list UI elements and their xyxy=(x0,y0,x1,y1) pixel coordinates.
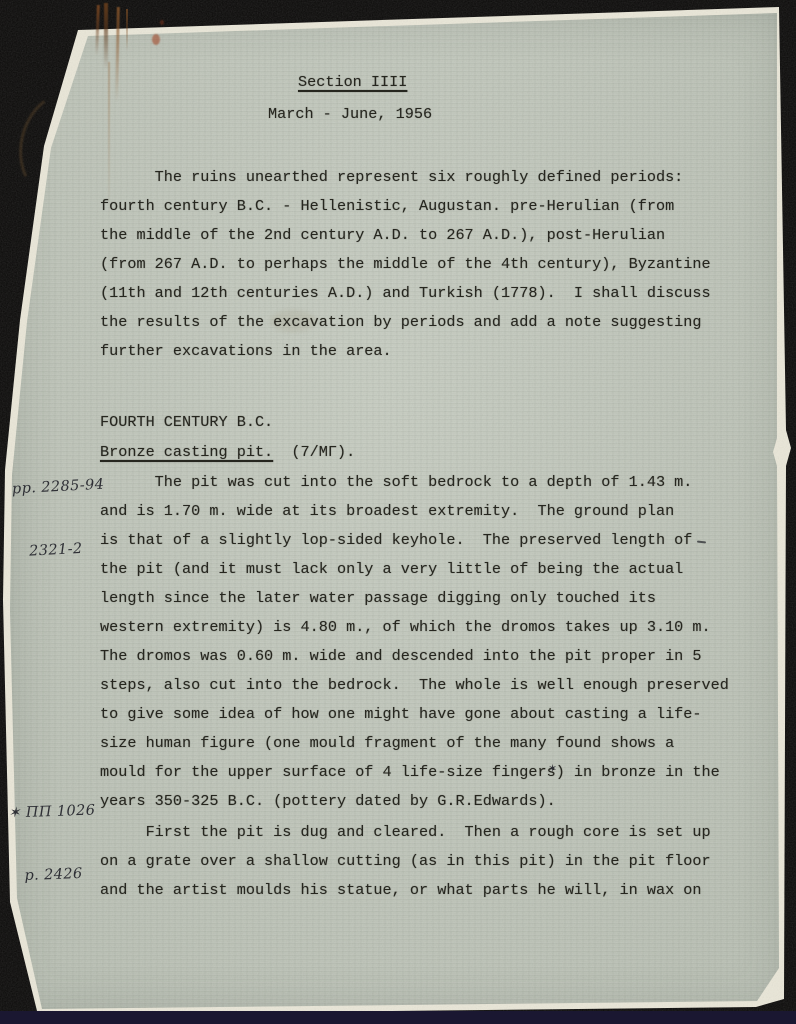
text-line: the results of the excavation by periods… xyxy=(100,308,711,337)
text-line: The dromos was 0.60 m. wide and descende… xyxy=(100,642,729,671)
text-line: is that of a slightly lop-sided keyhole.… xyxy=(100,526,729,555)
text-line: western extremity) is 4.80 m., of which … xyxy=(100,613,729,642)
margin-note-pages-line1: pp. 2285-94 xyxy=(11,475,104,501)
scanned-document-screenshot: { "colors": { "background": "#0a0908", "… xyxy=(0,0,796,1024)
section-title: Section IIII xyxy=(298,68,407,97)
text-line: (11th and 12th centuries A.D.) and Turki… xyxy=(100,279,711,308)
text-line: the pit (and it must lack only a very li… xyxy=(100,555,729,584)
inline-star-mark: ✶ xyxy=(548,762,557,775)
pit-subheading-suffix: (7/ΜΓ). xyxy=(273,443,355,461)
text-line: mould for the upper surface of 4 life-si… xyxy=(100,758,729,787)
margin-note-catalog-line1: ✶ ΠΠ 1026 xyxy=(8,800,96,824)
text-line: fourth century B.C. - Hellenistic, Augus… xyxy=(100,192,711,221)
text-line: The pit was cut into the soft bedrock to… xyxy=(100,468,729,497)
margin-note-pages-line2: 2321-2 xyxy=(15,538,108,564)
pit-paragraph: The pit was cut into the soft bedrock to… xyxy=(100,468,729,816)
margin-note-catalog-line2: p. 2426 xyxy=(10,863,98,887)
casting-paragraph: First the pit is dug and cleared. Then a… xyxy=(100,818,711,905)
scanner-bed-strip xyxy=(0,1011,796,1024)
text-line: The ruins unearthed represent six roughl… xyxy=(100,163,711,192)
text-line: on a grate over a shallow cutting (as in… xyxy=(100,847,711,876)
pit-subheading-underlined: Bronze casting pit. xyxy=(100,443,273,461)
date-line: March - June, 1956 xyxy=(268,100,432,129)
margin-note-pages: pp. 2285-94 2321-2 xyxy=(9,433,109,585)
text-line: further excavations in the area. xyxy=(100,337,711,366)
rust-spot xyxy=(160,20,164,25)
margin-note-catalog: ✶ ΠΠ 1026 p. 2426 xyxy=(6,759,98,909)
text-line: First the pit is dug and cleared. Then a… xyxy=(100,818,711,847)
intro-paragraph: The ruins unearthed represent six roughl… xyxy=(100,163,711,366)
pit-subheading: Bronze casting pit. (7/ΜΓ). xyxy=(100,438,355,467)
text-line: years 350-325 B.C. (pottery dated by G.R… xyxy=(100,787,729,816)
text-line: to give some idea of how one might have … xyxy=(100,700,729,729)
period-heading: FOURTH CENTURY B.C. xyxy=(100,408,273,437)
text-line: the middle of the 2nd century A.D. to 26… xyxy=(100,221,711,250)
text-line: length since the later water passage dig… xyxy=(100,584,729,613)
text-line: size human figure (one mould fragment of… xyxy=(100,729,729,758)
text-line: steps, also cut into the bedrock. The wh… xyxy=(100,671,729,700)
text-line: and the artist moulds his statue, or wha… xyxy=(100,876,711,905)
text-line: and is 1.70 m. wide at its broadest extr… xyxy=(100,497,729,526)
text-line: (from 267 A.D. to perhaps the middle of … xyxy=(100,250,711,279)
